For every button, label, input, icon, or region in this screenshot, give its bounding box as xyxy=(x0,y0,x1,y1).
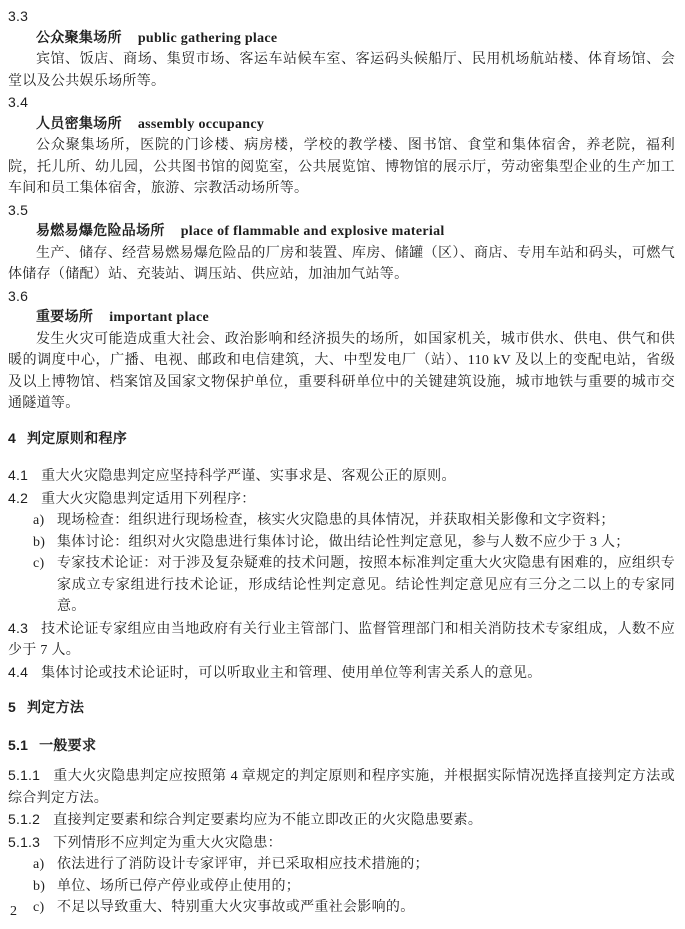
chapter-heading: 5判定方法 xyxy=(8,697,675,720)
term-title-zh: 重要场所 xyxy=(36,310,93,325)
term-title-en: assembly occupancy xyxy=(138,117,264,132)
list-item: c)不足以导致重大、特别重大火灾事故或严重社会影响的。 xyxy=(8,897,675,919)
section-number: 5.1 xyxy=(8,737,28,753)
clause-text: 直接判定要素和综合判定要素均应为不能立即改正的火灾隐患要素。 xyxy=(53,813,482,828)
list-item: c)专家技术论证：对于涉及复杂疑难的技术问题，按照本标准判定重大火灾隐患有困难的… xyxy=(8,553,675,618)
term-title: 易燃易爆危险品场所place of flammable and explosiv… xyxy=(8,221,675,243)
chapter-4-section: 4判定原则和程序 4.1重大火灾隐患判定应坚持科学严谨、实事求是、客观公正的原则… xyxy=(8,428,675,685)
document-page: 3.3 公众聚集场所public gathering place 宾馆、饭店、商… xyxy=(0,0,685,929)
list-item-text: 现场检查：组织进行现场检查，核实火灾隐患的具体情况，并获取相关影像和文字资料； xyxy=(57,513,615,528)
term-title: 重要场所important place xyxy=(8,307,675,329)
chapter-title: 判定方法 xyxy=(27,701,84,716)
clause-paragraph: 4.2重大火灾隐患判定适用下列程序： xyxy=(8,488,675,511)
list-item-text: 集体讨论：组织对火灾隐患进行集体讨论，做出结论性判定意见，参与人数不应少于 3 … xyxy=(57,535,630,550)
definition-paragraph: 公众聚集场所，医院的门诊楼、病房楼，学校的教学楼、图书馆、食堂和集体宿舍，养老院… xyxy=(8,135,675,200)
term-title-zh: 公众聚集场所 xyxy=(36,31,122,46)
chapter-number: 5 xyxy=(8,699,16,715)
clause-number: 5.1.3 xyxy=(8,834,40,850)
clause-text: 技术论证专家组应由当地政府有关行业主管部门、监督管理部门和相关消防技术专家组成，… xyxy=(8,622,675,659)
page-number: 2 xyxy=(10,901,17,923)
document-body: { "page": { "number": "2" }, "terms": [ … xyxy=(0,0,685,929)
clause-number: 3.4 xyxy=(8,92,675,114)
clause-text: 重大火灾隐患判定应按照第 4 章规定的判定原则和程序实施，并根据实际情况选择直接… xyxy=(8,769,675,806)
list-marker: a) xyxy=(33,510,44,532)
clause-number: 3.6 xyxy=(8,286,675,308)
clause-paragraph: 4.4集体讨论或技术论证时，可以听取业主和管理、使用单位等利害关系人的意见。 xyxy=(8,662,675,685)
list-item-text: 不足以导致重大、特别重大火灾事故或严重社会影响的。 xyxy=(57,900,415,915)
section-heading: 5.1一般要求 xyxy=(8,735,675,758)
term-definition: 3.5 易燃易爆危险品场所place of flammable and expl… xyxy=(8,200,675,286)
clause-text: 重大火灾隐患判定应坚持科学严谨、实事求是、客观公正的原则。 xyxy=(41,469,456,484)
chapter-number: 4 xyxy=(8,430,16,446)
term-title: 公众聚集场所public gathering place xyxy=(8,28,675,50)
section-title: 一般要求 xyxy=(39,739,96,754)
chapter-title: 判定原则和程序 xyxy=(27,432,127,447)
terms-section: 3.3 公众聚集场所public gathering place 宾馆、饭店、商… xyxy=(8,6,675,415)
list-item: a)依法进行了消防设计专家评审，并已采取相应技术措施的； xyxy=(8,854,675,876)
list-marker: c) xyxy=(33,553,44,575)
clause-paragraph: 5.1.3下列情形不应判定为重大火灾隐患： xyxy=(8,832,675,855)
term-title: 人员密集场所assembly occupancy xyxy=(8,114,675,136)
term-title-zh: 人员密集场所 xyxy=(36,117,122,132)
list-item-text: 依法进行了消防设计专家评审，并已采取相应技术措施的； xyxy=(57,857,429,872)
clause-number: 4.4 xyxy=(8,664,28,680)
list-item: b)单位、场所已停产停业或停止使用的； xyxy=(8,876,675,898)
list-item: a)现场检查：组织进行现场检查，核实火灾隐患的具体情况，并获取相关影像和文字资料… xyxy=(8,510,675,532)
clause-text: 集体讨论或技术论证时，可以听取业主和管理、使用单位等利害关系人的意见。 xyxy=(41,666,542,681)
clause-number: 5.1.1 xyxy=(8,767,40,783)
clause-paragraph: 4.3技术论证专家组应由当地政府有关行业主管部门、监督管理部门和相关消防技术专家… xyxy=(8,618,675,662)
list-marker: a) xyxy=(33,854,44,876)
clause-number: 5.1.2 xyxy=(8,811,40,827)
definition-paragraph: 宾馆、饭店、商场、集贸市场、客运车站候车室、客运码头候船厅、民用机场航站楼、体育… xyxy=(8,49,675,92)
clause-text: 重大火灾隐患判定适用下列程序： xyxy=(41,492,256,507)
term-title-en: place of flammable and explosive materia… xyxy=(181,224,445,239)
term-title-en: public gathering place xyxy=(138,31,278,46)
list-item-text: 专家技术论证：对于涉及复杂疑难的技术问题，按照本标准判定重大火灾隐患有困难的，应… xyxy=(57,556,675,614)
clause-number: 4.3 xyxy=(8,620,28,636)
term-title-en: important place xyxy=(109,310,209,325)
list-item-text: 单位、场所已停产停业或停止使用的； xyxy=(57,879,300,894)
term-definition: 3.4 人员密集场所assembly occupancy 公众聚集场所，医院的门… xyxy=(8,92,675,200)
clause-number: 4.1 xyxy=(8,467,28,483)
chapter-heading: 4判定原则和程序 xyxy=(8,428,675,451)
list-marker: b) xyxy=(33,876,45,898)
term-definition: 3.6 重要场所important place 发生火灾可能造成重大社会、政治影… xyxy=(8,286,675,415)
term-definition: 3.3 公众聚集场所public gathering place 宾馆、饭店、商… xyxy=(8,6,675,92)
clause-paragraph: 5.1.2直接判定要素和综合判定要素均应为不能立即改正的火灾隐患要素。 xyxy=(8,809,675,832)
definition-paragraph: 生产、储存、经营易燃易爆危险品的厂房和装置、库房、储罐（区）、商店、专用车站和码… xyxy=(8,243,675,286)
list-item: b)集体讨论：组织对火灾隐患进行集体讨论，做出结论性判定意见，参与人数不应少于 … xyxy=(8,532,675,554)
clause-text: 下列情形不应判定为重大火灾隐患： xyxy=(53,836,282,851)
term-title-zh: 易燃易爆危险品场所 xyxy=(36,224,165,239)
chapter-5-section: 5判定方法 5.1一般要求 5.1.1重大火灾隐患判定应按照第 4 章规定的判定… xyxy=(8,697,675,919)
clause-paragraph: 5.1.1重大火灾隐患判定应按照第 4 章规定的判定原则和程序实施，并根据实际情… xyxy=(8,765,675,809)
list-marker: b) xyxy=(33,532,45,554)
clause-paragraph: 4.1重大火灾隐患判定应坚持科学严谨、实事求是、客观公正的原则。 xyxy=(8,465,675,488)
list-marker: c) xyxy=(33,897,44,919)
clause-number: 4.2 xyxy=(8,490,28,506)
clause-number: 3.5 xyxy=(8,200,675,222)
definition-paragraph: 发生火灾可能造成重大社会、政治影响和经济损失的场所，如国家机关，城市供水、供电、… xyxy=(8,329,675,415)
clause-number: 3.3 xyxy=(8,6,675,28)
